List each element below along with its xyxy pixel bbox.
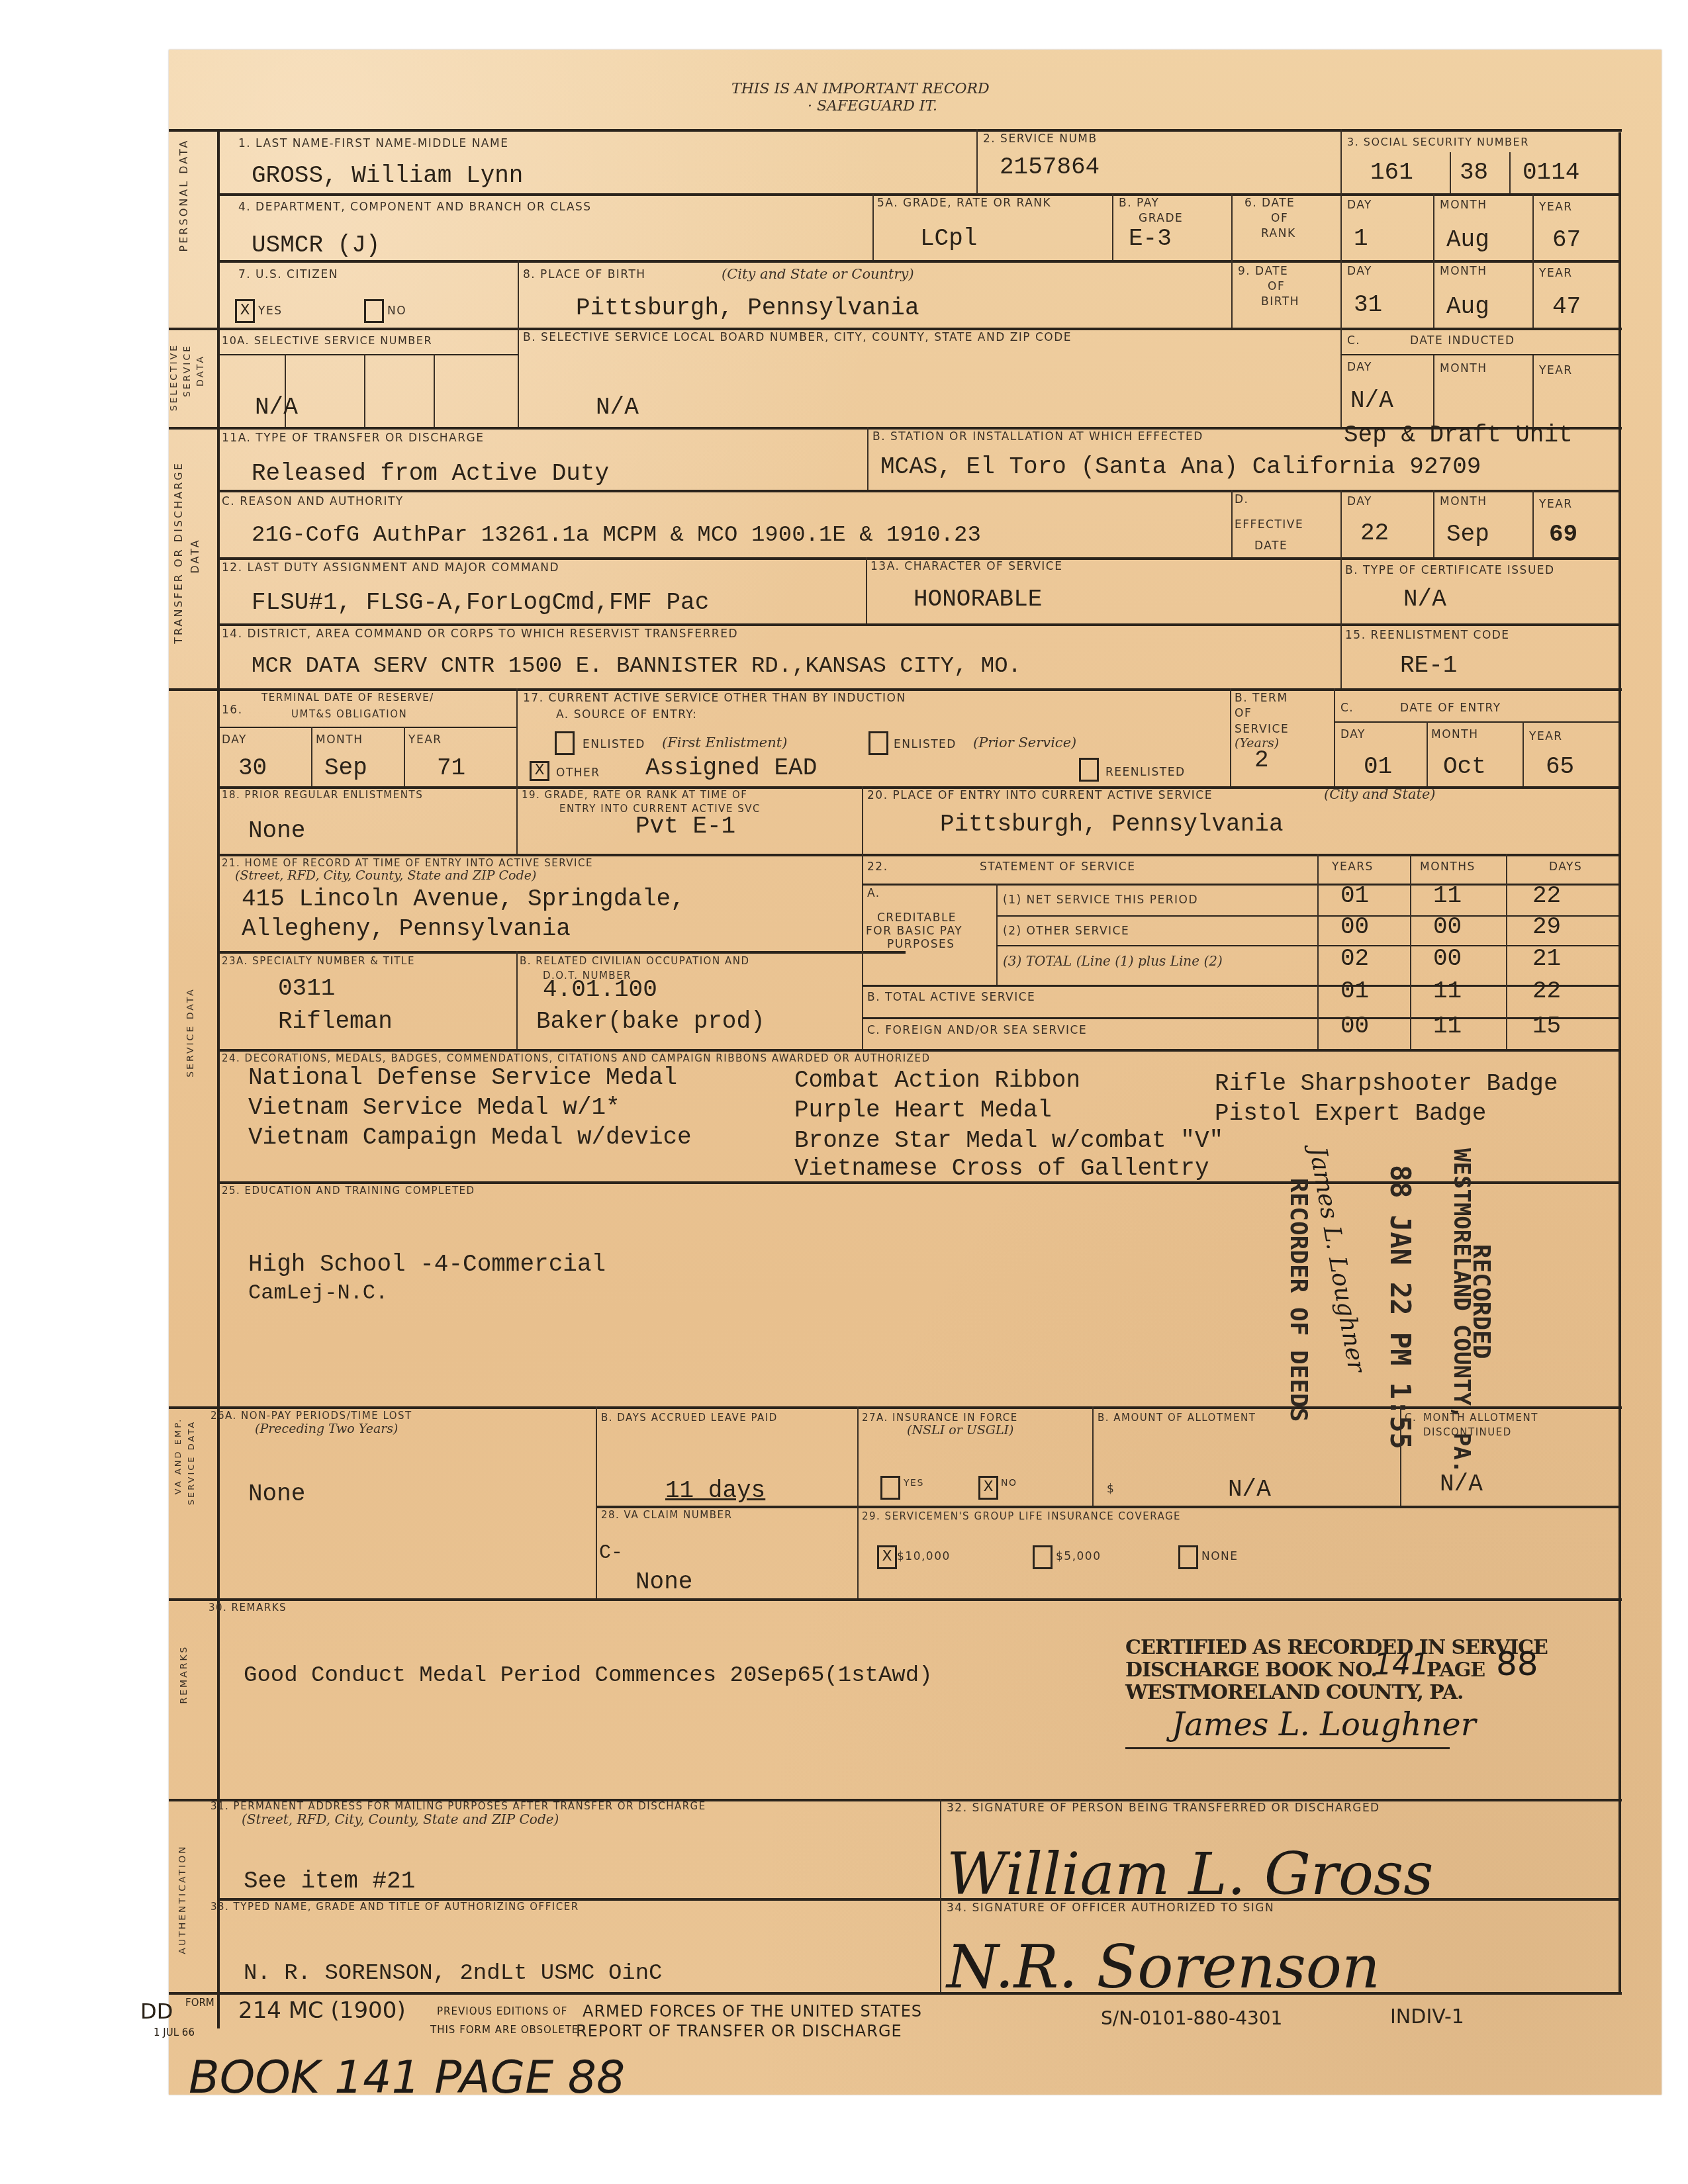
cell-divider <box>1112 194 1113 260</box>
item7-yes-checkbox[interactable]: X <box>235 299 255 323</box>
item10c-month-label: Month <box>1440 362 1487 375</box>
stamp-recorder-of-deeds: RECORDER OF DEEDS <box>1285 1178 1312 1422</box>
item6-month-label: Month <box>1440 199 1487 212</box>
section-va-emp-1: VA AND EMP. <box>173 1403 183 1509</box>
cell-divider <box>1433 194 1434 328</box>
insurance-yes-checkbox[interactable] <box>880 1476 900 1500</box>
item6-label2: of <box>1271 212 1288 225</box>
cell-divider <box>872 194 874 260</box>
item28-value: None <box>635 1569 692 1596</box>
item27c-label-c: c. <box>1405 1412 1417 1424</box>
cell-divider <box>1340 328 1342 427</box>
item8-label: 8. Place of Birth <box>523 268 646 281</box>
item7-yes-label: Yes <box>258 304 282 318</box>
item16-month-value: Sep <box>324 754 367 782</box>
item23b-label1: b. Related Civilian Occupation and <box>520 955 749 967</box>
enlisted-prior-checkbox[interactable] <box>868 731 888 755</box>
item11d-day-value: 22 <box>1360 520 1389 547</box>
item9-label1: 9. Date <box>1238 265 1288 278</box>
service-row-months: 11 <box>1433 1013 1462 1040</box>
item31-value: See item #21 <box>244 1868 415 1895</box>
item11d-label3: Date <box>1254 539 1288 553</box>
item11b-value-line1: Sep & Draft Unit <box>1344 422 1573 449</box>
cell-divider <box>1450 152 1451 193</box>
item27a-label: 27a. Insurance in Force <box>862 1412 1018 1424</box>
item12-label: 12. Last Duty Assignment and Major Comma… <box>222 561 559 574</box>
decoration-item: Vietnamese Cross of Gallentry <box>794 1155 1209 1182</box>
decoration-item: Vietnam Service Medal w/1* <box>248 1094 620 1121</box>
item19-label1: 19. Grade, Rate or Rank at Time of <box>522 789 747 801</box>
service-row-years: 02 <box>1340 945 1369 972</box>
cell-divider <box>516 688 518 786</box>
item17c-month-value: Oct <box>1443 753 1486 780</box>
cell-divider <box>596 1406 597 1598</box>
item20-label-italic: (City and State) <box>1324 786 1436 802</box>
cell-divider <box>1400 1406 1401 1506</box>
sgli-10000-label: $10,000 <box>897 1550 951 1563</box>
item13a-value: HONORABLE <box>914 586 1042 613</box>
item30-remarks-value: Good Conduct Medal Period Commences 20Se… <box>244 1663 933 1688</box>
item22-months-label: Months <box>1420 860 1476 874</box>
service-row-months: 00 <box>1433 913 1462 940</box>
other-checkbox[interactable]: X <box>530 761 549 781</box>
item17c-day-value: 01 <box>1364 753 1392 780</box>
item9-year-label: Year <box>1539 267 1573 280</box>
service-row-label: (3) TOTAL (Line (1) plus Line (2) <box>1003 953 1223 969</box>
reenlisted-label: Reenlisted <box>1105 766 1186 779</box>
cell-divider <box>940 1799 941 1992</box>
footer-title-1: ARMED FORCES OF THE UNITED STATES <box>583 2002 922 2021</box>
cell-divider <box>1532 354 1534 427</box>
footer-form-label: FORM <box>185 1997 214 2009</box>
item10a-label: 10a. Selective Service Number <box>222 334 432 347</box>
item17a-sub-label: a. Source of Entry: <box>556 708 697 721</box>
cell-divider <box>1532 194 1534 328</box>
footer-indiv: INDIV-1 <box>1390 2005 1464 2028</box>
cell-divider <box>1433 490 1434 557</box>
item11d-label1: d. <box>1235 493 1249 506</box>
item17a-other-value: Assigned EAD <box>645 754 817 782</box>
cell-divider <box>1340 129 1342 328</box>
item9-label3: Birth <box>1261 295 1299 308</box>
item11a-label: 11a. Type of Transfer or Discharge <box>222 432 484 445</box>
item6-label1: 6. Date <box>1244 197 1295 210</box>
item9-label2: of <box>1268 280 1285 293</box>
service-row-label: (1) Net Service This Period <box>1003 893 1198 907</box>
service-row-label: b. Total Active Service <box>867 991 1035 1004</box>
item25-value-line2: CamLej-N.C. <box>248 1281 388 1305</box>
item20-value: Pittsburgh, Pennsylvania <box>940 811 1283 838</box>
item6-month-value: Aug <box>1446 226 1489 253</box>
other-label: Other <box>556 766 600 780</box>
item26b-value: 11 days <box>665 1477 765 1504</box>
row-rule <box>217 951 906 954</box>
service-row-days: 22 <box>1532 978 1561 1005</box>
section-personal-data: PERSONAL DATA <box>177 129 190 261</box>
section-va-emp-2: SERVICE DATA <box>187 1410 197 1516</box>
row-rule <box>217 193 1620 196</box>
item3-ssn-part3: 0114 <box>1523 159 1579 186</box>
cell-divider <box>1509 152 1511 193</box>
cell-divider <box>1532 490 1534 557</box>
enlisted-prior-italic: (Prior Service) <box>973 735 1076 751</box>
row-rule <box>217 490 1620 492</box>
item11c-label: c. Reason and Authority <box>222 495 404 508</box>
item19-value: Pvt E-1 <box>635 813 735 840</box>
sgli-5000-label: $5,000 <box>1056 1550 1101 1563</box>
cell-divider <box>1433 354 1434 427</box>
footer-previous-2: THIS FORM ARE OBSOLETE <box>430 2024 579 2036</box>
cell-divider <box>217 354 518 355</box>
item22-creditable-3: Purposes <box>887 938 955 951</box>
item21-value-line2: Allegheny, Pennsylvania <box>242 915 571 942</box>
cell-divider <box>516 786 518 854</box>
item1-name-value: GROSS, William Lynn <box>252 162 523 189</box>
item7-label: 7. U.S. Citizen <box>238 268 338 281</box>
cert-line2-b: PAGE <box>1427 1659 1485 1682</box>
item27c-label2: Discontinued <box>1423 1426 1512 1438</box>
item7-no-label: No <box>387 304 406 318</box>
item16-label-num: 16. <box>222 704 243 717</box>
item25-label: 25. Education and Training Completed <box>222 1185 475 1197</box>
section-selective-service-1: SELECTIVE <box>169 331 179 424</box>
footer-date: 1 JUL 66 <box>154 2026 195 2038</box>
item11b-value-line2: MCAS, El Toro (Santa Ana) California 927… <box>880 453 1481 480</box>
service-row-years: 00 <box>1340 913 1369 940</box>
cell-divider <box>217 727 516 728</box>
item9-month-value: Aug <box>1446 293 1489 320</box>
cert-signature: James L. Loughner <box>1172 1706 1476 1743</box>
section-transfer-discharge-1: TRANSFER OR DISCHARGE <box>172 430 185 675</box>
item16-month-label: Month <box>316 733 363 747</box>
cell-divider <box>1092 1406 1094 1506</box>
service-row-days: 15 <box>1532 1013 1561 1040</box>
cell-divider <box>1231 194 1233 328</box>
item21-value-line1: 415 Lincoln Avenue, Springdale, <box>242 886 685 913</box>
service-row-years: 01 <box>1340 882 1369 909</box>
section-remarks: REMARKS <box>179 1628 189 1721</box>
sgli-5000-checkbox[interactable] <box>1033 1545 1053 1569</box>
cell-divider <box>516 951 518 1049</box>
item27b-currency: $ <box>1107 1482 1115 1496</box>
insurance-no-checkbox[interactable]: X <box>978 1476 998 1500</box>
decoration-item: Bronze Star Medal w/combat "V" <box>794 1127 1223 1154</box>
header-line2: · SAFEGUARD IT. <box>808 98 937 114</box>
cell-divider <box>1334 721 1618 723</box>
item16-year-label: Year <box>408 733 442 747</box>
item13b-value: N/A <box>1403 586 1446 613</box>
item17c-year-label: Year <box>1529 730 1563 743</box>
item22-label: Statement of Service <box>980 860 1135 874</box>
item9-year-value: 47 <box>1552 293 1581 320</box>
item15-value: RE-1 <box>1400 652 1457 679</box>
item17c-day-label: Day <box>1340 728 1366 741</box>
item3-ssn-part1: 161 <box>1370 159 1413 186</box>
item26a-label-italic: (Preceding Two Years) <box>255 1422 399 1436</box>
decoration-item: Combat Action Ribbon <box>794 1067 1080 1094</box>
item13a-label: 13a. Character of Service <box>870 560 1062 573</box>
row-rule <box>217 623 1620 626</box>
decoration-item: Vietnam Campaign Medal w/device <box>248 1124 692 1151</box>
service-row-label: c. Foreign and/or Sea Service <box>867 1024 1087 1037</box>
item6-day-value: 1 <box>1354 225 1368 252</box>
cell-divider <box>518 328 519 427</box>
cell-divider <box>364 354 365 427</box>
item6-day-label: Day <box>1347 199 1372 212</box>
service-row-days: 22 <box>1532 882 1561 909</box>
item17c-year-value: 65 <box>1546 753 1574 780</box>
item4-value: USMCR (J) <box>252 232 380 259</box>
section-authentication: AUTHENTICATION <box>177 1820 188 1979</box>
item23a-value-line2: Rifleman <box>278 1008 393 1035</box>
section-transfer-discharge-2: DATA <box>189 529 201 582</box>
item30-label: 30. Remarks <box>209 1602 287 1614</box>
item11d-label2: Effective <box>1235 518 1303 531</box>
cell-divider <box>404 727 405 786</box>
service-row-label: (2) Other Service <box>1003 925 1129 938</box>
item20-label: 20. Place of Entry into Current Active S… <box>867 789 1213 802</box>
item21-label: 21. Home of Record at Time of Entry into… <box>222 857 593 869</box>
item25-value-line1: High School -4-Commercial <box>248 1251 606 1278</box>
footer-form-number: 214 MC (1900) <box>238 1997 406 2024</box>
handwritten-book-page-note: BOOK 141 PAGE 88 <box>189 2052 625 2104</box>
service-row-months: 00 <box>1433 945 1462 972</box>
item17b-label2: of <box>1235 707 1252 720</box>
cell-divider <box>1506 854 1507 1049</box>
item23a-value-line1: 0311 <box>278 975 335 1002</box>
insurance-yes-label: Yes <box>904 1478 924 1488</box>
item4-label: 4. Department, Component and Branch or C… <box>238 201 592 214</box>
cell-divider <box>1410 854 1411 1049</box>
item17c-month-label: Month <box>1431 728 1478 741</box>
item33-label: 33. Typed Name, Grade and Title of Autho… <box>211 1901 579 1913</box>
cert-page-number: 88 <box>1496 1645 1538 1683</box>
item10b-label: b. Selective Service Local Board Number,… <box>523 331 1072 344</box>
cert-signature-line <box>1125 1747 1450 1749</box>
cert-line1: CERTIFIED AS RECORDED IN SERVICE <box>1125 1637 1548 1659</box>
service-row-days: 21 <box>1532 945 1561 972</box>
item17c-label: Date of Entry <box>1400 702 1501 715</box>
cell-divider <box>1340 490 1342 557</box>
item15-label: 15. Reenlistment Code <box>1345 629 1510 642</box>
service-row-years: 00 <box>1340 1013 1369 1040</box>
cell-divider <box>867 427 868 490</box>
footer-title-2: REPORT OF TRANSFER OR DISCHARGE <box>576 2022 902 2040</box>
item12-value: FLSU#1, FLSG-A,ForLogCmd,FMF Pac <box>252 589 709 616</box>
item23a-label: 23a. Specialty Number & Title <box>222 955 415 967</box>
cell-divider <box>996 884 998 985</box>
item9-day-value: 31 <box>1354 291 1382 318</box>
item8-birthplace-value: Pittsburgh, Pennsylvania <box>576 295 919 322</box>
item24-label: 24. Decorations, Medals, Badges, Commend… <box>222 1052 930 1064</box>
item16-label2: UMT&S Obligation <box>291 708 407 720</box>
row-rule <box>169 1992 1622 1995</box>
item1-label: 1. Last Name-First Name-Middle Name <box>238 137 508 150</box>
cell-divider <box>996 915 1620 917</box>
row-rule <box>596 1506 1620 1508</box>
row-rule <box>169 688 1622 691</box>
item34-label: 34. Signature of Officer Authorized to S… <box>947 1901 1274 1915</box>
item5b-pay-grade-value: E-3 <box>1129 225 1172 252</box>
service-row-months: 11 <box>1433 978 1462 1005</box>
row-rule <box>169 1598 1622 1601</box>
footer-stock-number: S/N-0101-880-4301 <box>1101 2007 1282 2029</box>
item10c-day-label: Day <box>1347 361 1372 374</box>
item32-label: 32. Signature of Person Being Transferre… <box>947 1801 1380 1815</box>
item31-label-italic: (Street, RFD, City, County, State and ZI… <box>242 1811 559 1827</box>
row-rule <box>169 328 1622 330</box>
item27b-label: b. Amount of Allotment <box>1098 1412 1256 1424</box>
item27a-label-italic: (NSLI or USGLI) <box>907 1423 1014 1437</box>
cell-divider <box>1230 688 1231 786</box>
item26a-label: 26a. Non-Pay Periods/Time Lost <box>211 1410 412 1422</box>
footer-previous-1: PREVIOUS EDITIONS OF <box>437 2005 568 2017</box>
section-selective-service-3: DATA <box>195 331 206 410</box>
cell-divider <box>976 129 978 194</box>
item28-label: 28. VA Claim Number <box>601 1509 732 1521</box>
cell-divider <box>1427 721 1428 786</box>
cell-divider <box>1334 688 1335 786</box>
item11a-value: Released from Active Duty <box>252 460 609 487</box>
item27c-label1: Month Allotment <box>1423 1412 1538 1424</box>
decoration-item: Pistol Expert Badge <box>1215 1100 1486 1127</box>
item9-day-label: Day <box>1347 265 1372 278</box>
item9-month-label: Month <box>1440 265 1487 278</box>
cell-divider <box>857 1406 859 1598</box>
cell-divider <box>1340 354 1618 355</box>
item22-a-label: a. <box>867 887 880 900</box>
item11c-value: 21G-CofG AuthPar 13261.1a MCPM & MCO 190… <box>252 523 981 548</box>
header-line1: THIS IS AN IMPORTANT RECORD <box>731 81 990 97</box>
item22-years-label: Years <box>1332 860 1374 874</box>
item17b-label1: b. Term <box>1235 692 1288 705</box>
item18-value: None <box>248 817 305 844</box>
enlisted-first-italic: (First Enlistment) <box>662 735 787 751</box>
cell-divider <box>996 945 1620 946</box>
decoration-item: National Defense Service Medal <box>248 1064 677 1091</box>
cell-divider <box>1317 854 1319 1049</box>
item26a-value: None <box>248 1480 305 1508</box>
item10c-label-c: c. <box>1347 334 1360 347</box>
item17c-label-c: c. <box>1340 702 1354 715</box>
item29-label: 29. Servicemen's Group Life Insurance Co… <box>862 1510 1181 1522</box>
row-rule <box>217 260 1620 263</box>
cell-divider <box>866 557 867 623</box>
item11d-year-value: 69 <box>1549 521 1577 548</box>
item5a-label: 5a. Grade, Rate or Rank <box>877 197 1051 210</box>
item16-year-value: 71 <box>437 754 465 782</box>
item16-label1: Terminal Date of Reserve/ <box>261 692 434 704</box>
reenlisted-checkbox[interactable] <box>1079 758 1099 782</box>
enlisted-first-label: Enlisted <box>583 738 645 751</box>
cell-divider <box>434 354 435 427</box>
item22-creditable-2: for Basic Pay <box>866 925 962 938</box>
item17b-term-value: 2 <box>1254 747 1269 774</box>
cell-divider <box>518 260 519 328</box>
sgli-none-checkbox[interactable] <box>1178 1545 1198 1569</box>
item11b-label: b. Station or Installation at which Effe… <box>872 430 1203 443</box>
item27b-value: N/A <box>1228 1476 1271 1503</box>
item2-service-number: 2157864 <box>1000 154 1100 181</box>
item7-no-checkbox[interactable] <box>364 299 384 323</box>
cell-divider <box>1523 721 1524 786</box>
sgli-10000-checkbox[interactable]: X <box>877 1545 897 1569</box>
member-signature: William L. Gross <box>947 1840 1433 1908</box>
item14-value: MCR DATA SERV CNTR 1500 E. BANNISTER RD.… <box>252 654 1021 679</box>
item22-creditable-1: Creditable <box>877 911 957 925</box>
footer-dd: DD <box>140 1999 173 2024</box>
item5b-label2: Grade <box>1139 212 1183 225</box>
cert-line3: WESTMORELAND COUNTY, PA. <box>1125 1682 1463 1704</box>
item10c-day-value: N/A <box>1350 387 1393 414</box>
item10c-year-label: Year <box>1539 364 1573 377</box>
item10c-label: Date Inducted <box>1410 334 1515 347</box>
sgli-none-label: None <box>1201 1550 1239 1563</box>
item17b-label3: Service <box>1235 723 1289 736</box>
cell-divider <box>1340 557 1342 688</box>
item6-label3: Rank <box>1261 227 1296 240</box>
item18-label: 18. Prior Regular Enlistments <box>222 789 423 801</box>
item23b-value-line1: 4.01.100 <box>543 976 657 1003</box>
item33-value: N. R. SORENSON, 2ndLt USMC OinC <box>244 1961 663 1986</box>
item5a-grade-value: LCpl <box>920 225 977 252</box>
enlisted-prior-label: Enlisted <box>894 738 957 751</box>
row-rule <box>217 1049 1620 1052</box>
item10b-value: N/A <box>596 394 639 421</box>
item3-ssn-part2: 38 <box>1460 159 1488 186</box>
cell-divider <box>311 727 312 786</box>
item11d-month-label: Month <box>1440 495 1487 508</box>
item11d-day-label: Day <box>1347 495 1372 508</box>
item2-label: 2. Service Numb <box>983 132 1098 146</box>
item22-days-label: Days <box>1549 860 1582 874</box>
service-row-days: 29 <box>1532 913 1561 940</box>
item6-year-value: 67 <box>1552 226 1581 253</box>
left-margin-rule <box>217 129 220 2028</box>
item16-day-label: Day <box>222 733 247 747</box>
item11d-month-value: Sep <box>1446 521 1489 548</box>
row-rule <box>169 129 1622 132</box>
item11d-year-label: Year <box>1539 498 1573 511</box>
item10a-value: N/A <box>255 394 298 421</box>
item3-label: 3. Social Security Number <box>1347 136 1529 148</box>
item27c-value: N/A <box>1440 1471 1483 1498</box>
cell-divider <box>862 786 863 1049</box>
cert-line2-a: DISCHARGE BOOK NO. <box>1125 1659 1377 1682</box>
item6-year-label: Year <box>1539 201 1573 214</box>
right-border <box>1618 132 1621 1992</box>
item5b-label1: b. Pay <box>1119 197 1159 210</box>
section-service-data: SERVICE DATA <box>185 966 196 1099</box>
service-row-years: 01 <box>1340 978 1369 1005</box>
item23b-value-line2: Baker(bake prod) <box>536 1008 765 1035</box>
item13b-label: b. Type of Certificate Issued <box>1345 564 1555 577</box>
decoration-item: Rifle Sharpshooter Badge <box>1215 1070 1558 1097</box>
item31-label: 31. Permanent Address for Mailing Purpos… <box>211 1800 706 1812</box>
item16-day-value: 30 <box>238 754 267 782</box>
service-row-months: 11 <box>1433 882 1462 909</box>
cell-divider <box>1231 490 1233 557</box>
section-selective-service-2: SERVICE <box>182 324 193 417</box>
item28-prefix: C- <box>599 1542 623 1565</box>
stamp-county: WESTMORELAND COUNTY, PA. <box>1448 1148 1475 1473</box>
cert-book-number: 141 <box>1374 1648 1429 1682</box>
item26b-label: b. Days Accrued Leave Paid <box>601 1412 778 1424</box>
item17-label: 17. Current Active Service Other Than by… <box>523 692 906 705</box>
officer-signature: N.R. Sorenson <box>947 1933 1380 2002</box>
decoration-item: Purple Heart Medal <box>794 1097 1052 1124</box>
enlisted-first-checkbox[interactable] <box>555 731 575 755</box>
